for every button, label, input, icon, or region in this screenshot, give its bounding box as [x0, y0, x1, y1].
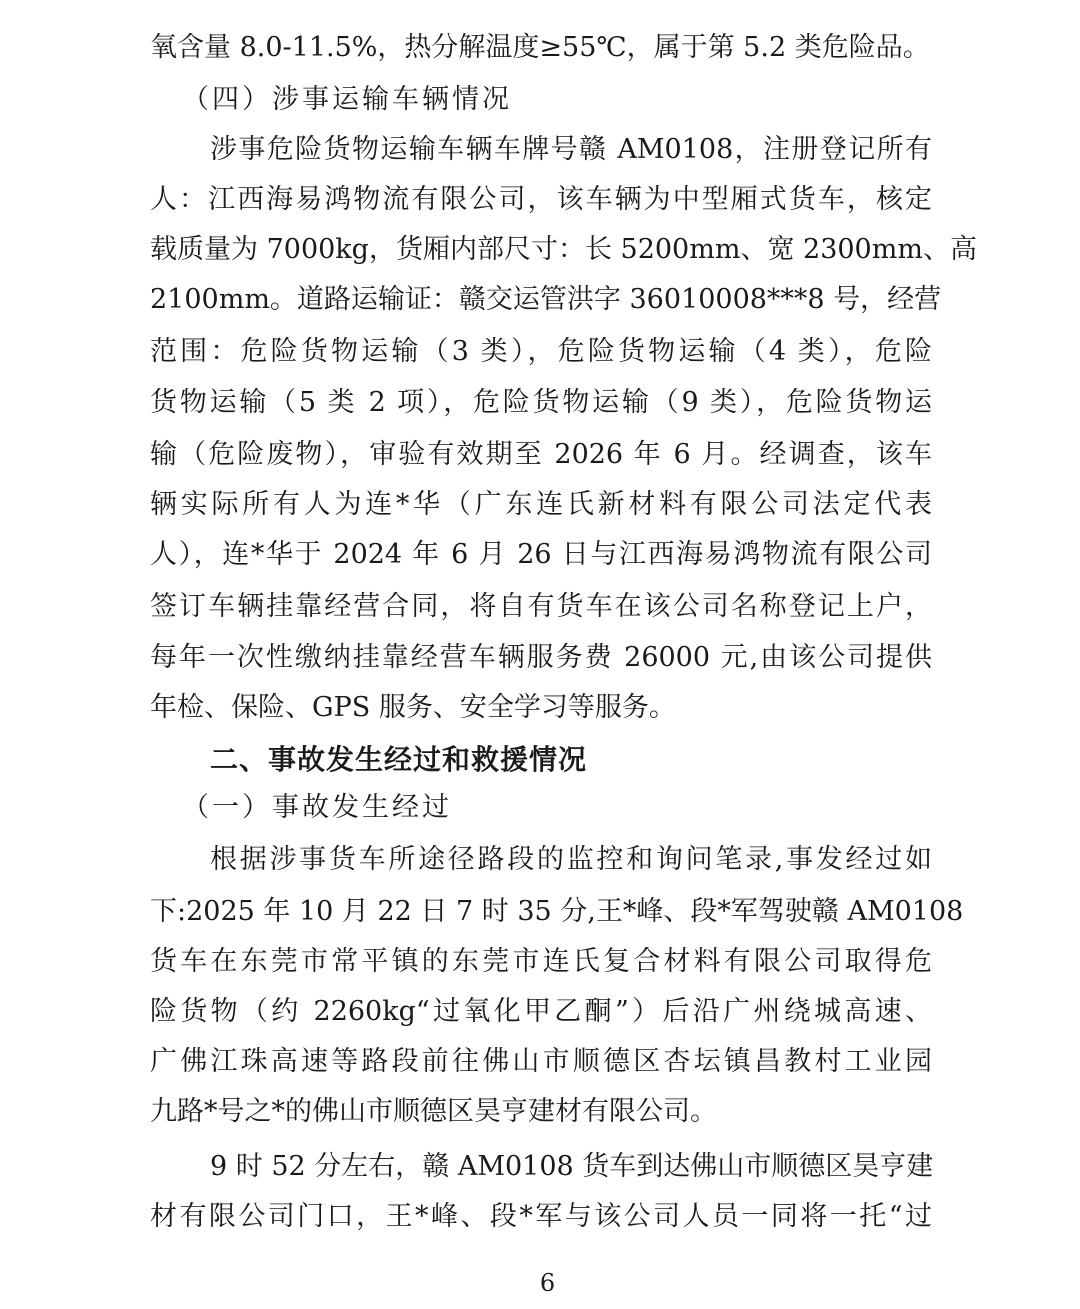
- body-line: 人），连*华于 2024 年 6 月 26 日与江西海易鸿物流有限公司: [150, 535, 932, 575]
- body-line: 签订车辆挂靠经营合同，将自有货车在该公司名称登记上户，: [150, 587, 932, 627]
- section-heading: 二、事故发生经过和救援情况: [210, 740, 587, 780]
- paragraph-first-line: 9 时 52 分左右，赣 AM0108 货车到达佛山市顺德区昊亨建: [210, 1147, 932, 1187]
- body-line: 九路*号之*的佛山市顺德区昊亨建材有限公司。: [150, 1092, 932, 1132]
- body-line: 氧含量 8.0-11.5%，热分解温度≥55℃，属于第 5.2 类危险品。: [150, 28, 932, 68]
- body-line: 人：江西海易鸿物流有限公司，该车辆为中型厢式货车，核定: [150, 180, 932, 220]
- body-line: 载质量为 7000kg，货厢内部尺寸：长 5200mm、宽 2300mm、高: [150, 230, 932, 270]
- body-line: 范围：危险货物运输（3 类），危险货物运输（4 类），危险: [150, 332, 932, 372]
- section-subheading: （一）事故发生经过: [182, 788, 452, 828]
- document-page: 氧含量 8.0-11.5%，热分解温度≥55℃，属于第 5.2 类危险品。 （四…: [0, 0, 1080, 1309]
- page-number: 6: [0, 1266, 1080, 1300]
- section-subheading: （四）涉事运输车辆情况: [182, 80, 512, 120]
- body-line: 2100mm。道路运输证：赣交运管洪字 36010008***8 号，经营: [150, 280, 932, 320]
- body-line: 下:2025 年 10 月 22 日 7 时 35 分,王*峰、段*军驾驶赣 A…: [150, 892, 932, 932]
- paragraph-first-line: 涉事危险货物运输车辆车牌号赣 AM0108，注册登记所有: [210, 130, 932, 170]
- body-line: 辆实际所有人为连*华（广东连氏新材料有限公司法定代表: [150, 485, 932, 525]
- body-line: 货车在东莞市常平镇的东莞市连氏复合材料有限公司取得危: [150, 942, 932, 982]
- body-line: 广佛江珠高速等路段前往佛山市顺德区杏坛镇昌教村工业园: [150, 1042, 932, 1082]
- body-line: 年检、保险、GPS 服务、安全学习等服务。: [150, 688, 932, 728]
- body-line: 每年一次性缴纳挂靠经营车辆服务费 26000 元,由该公司提供: [150, 638, 932, 678]
- paragraph-first-line: 根据涉事货车所途径路段的监控和询问笔录,事发经过如: [210, 840, 932, 880]
- body-line: 险货物（约 2260kg“过氧化甲乙酮”）后沿广州绕城高速、: [150, 992, 932, 1032]
- body-line: 货物运输（5 类 2 项），危险货物运输（9 类），危险货物运: [150, 383, 932, 423]
- body-line: 材有限公司门口，王*峰、段*军与该公司人员一同将一托“过: [150, 1197, 932, 1237]
- body-line: 输（危险废物），审验有效期至 2026 年 6 月。经调查，该车: [150, 435, 932, 475]
